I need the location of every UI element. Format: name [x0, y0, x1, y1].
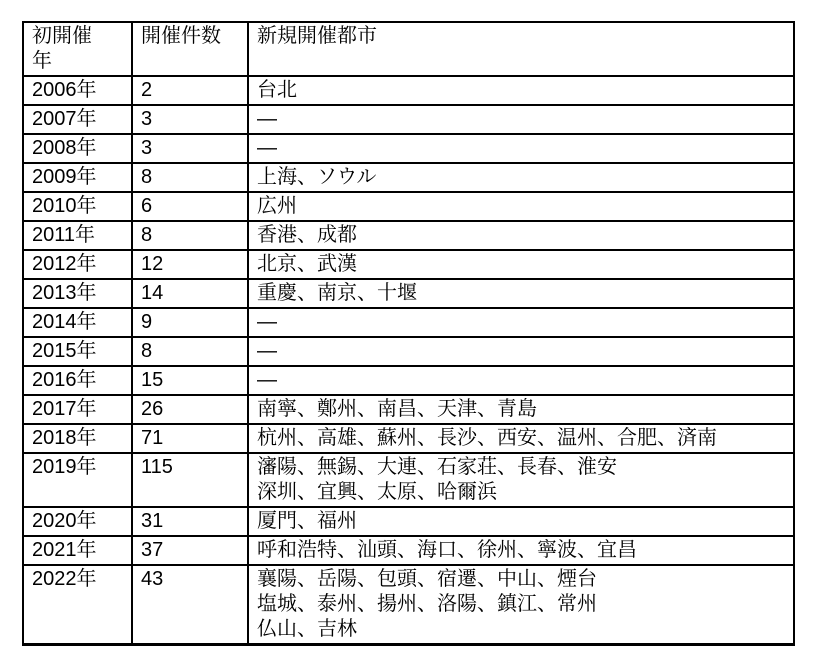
- table-row: 2007年 3 —: [23, 105, 794, 134]
- table-row: 2012年 12 北京、武漢: [23, 250, 794, 279]
- year-cell: 2016年: [23, 366, 132, 395]
- count-cell: 15: [132, 366, 248, 395]
- cities-cell: 呼和浩特、汕頭、海口、徐州、寧波、宜昌: [248, 536, 794, 565]
- count-cell: 8: [132, 337, 248, 366]
- table-row: 2017年 26 南寧、鄭州、南昌、天津、青島: [23, 395, 794, 424]
- cities-cell: 襄陽、岳陽、包頭、宿遷、中山、煙台 塩城、泰州、揚州、洛陽、鎮江、常州 仏山、吉…: [248, 565, 794, 645]
- header-new-cities: 新規開催都市: [248, 22, 794, 76]
- count-cell: 26: [132, 395, 248, 424]
- year-cell: 2017年: [23, 395, 132, 424]
- cities-cell: —: [248, 134, 794, 163]
- count-cell: 9: [132, 308, 248, 337]
- year-cell: 2020年: [23, 507, 132, 536]
- header-event-count: 開催件数: [132, 22, 248, 76]
- count-cell: 8: [132, 221, 248, 250]
- year-cell: 2008年: [23, 134, 132, 163]
- count-cell: 71: [132, 424, 248, 453]
- count-cell: 115: [132, 453, 248, 507]
- year-cell: 2021年: [23, 536, 132, 565]
- cities-cell: 厦門、福州: [248, 507, 794, 536]
- year-cell: 2015年: [23, 337, 132, 366]
- table-row: 2018年 71 杭州、高雄、蘇州、長沙、西安、温州、合肥、済南: [23, 424, 794, 453]
- cities-cell: 台北: [248, 76, 794, 105]
- table-row: 2022年 43 襄陽、岳陽、包頭、宿遷、中山、煙台 塩城、泰州、揚州、洛陽、鎮…: [23, 565, 794, 645]
- count-cell: 3: [132, 134, 248, 163]
- cities-cell: 広州: [248, 192, 794, 221]
- table-row: 2016年 15 —: [23, 366, 794, 395]
- year-cell: 2013年: [23, 279, 132, 308]
- table-row: 2020年 31 厦門、福州: [23, 507, 794, 536]
- table-row: 2009年 8 上海、ソウル: [23, 163, 794, 192]
- table-row: 2013年 14 重慶、南京、十堰: [23, 279, 794, 308]
- cities-cell: 上海、ソウル: [248, 163, 794, 192]
- year-cell: 2022年: [23, 565, 132, 645]
- cities-cell: —: [248, 337, 794, 366]
- year-cell: 2007年: [23, 105, 132, 134]
- cities-cell: —: [248, 366, 794, 395]
- year-cell: 2019年: [23, 453, 132, 507]
- event-history-table: 初開催 年 開催件数 新規開催都市 2006年 2 台北 2007年 3 — 2…: [22, 21, 795, 646]
- year-cell: 2012年: [23, 250, 132, 279]
- cities-cell: —: [248, 308, 794, 337]
- count-cell: 14: [132, 279, 248, 308]
- count-cell: 12: [132, 250, 248, 279]
- year-cell: 2018年: [23, 424, 132, 453]
- year-cell: 2010年: [23, 192, 132, 221]
- table-row: 2019年 115 瀋陽、無錫、大連、石家荘、長春、淮安 深圳、宜興、太原、哈爾…: [23, 453, 794, 507]
- table-row: 2021年 37 呼和浩特、汕頭、海口、徐州、寧波、宜昌: [23, 536, 794, 565]
- table-row: 2015年 8 —: [23, 337, 794, 366]
- header-first-year: 初開催 年: [23, 22, 132, 76]
- count-cell: 8: [132, 163, 248, 192]
- year-cell: 2014年: [23, 308, 132, 337]
- cities-cell: 瀋陽、無錫、大連、石家荘、長春、淮安 深圳、宜興、太原、哈爾浜: [248, 453, 794, 507]
- header-row: 初開催 年 開催件数 新規開催都市: [23, 22, 794, 76]
- year-cell: 2009年: [23, 163, 132, 192]
- count-cell: 43: [132, 565, 248, 645]
- cities-cell: 重慶、南京、十堰: [248, 279, 794, 308]
- year-cell: 2006年: [23, 76, 132, 105]
- table-row: 2006年 2 台北: [23, 76, 794, 105]
- cities-cell: 杭州、高雄、蘇州、長沙、西安、温州、合肥、済南: [248, 424, 794, 453]
- table-row: 2014年 9 —: [23, 308, 794, 337]
- cities-cell: 北京、武漢: [248, 250, 794, 279]
- count-cell: 6: [132, 192, 248, 221]
- cities-cell: 南寧、鄭州、南昌、天津、青島: [248, 395, 794, 424]
- table-row: 2010年 6 広州: [23, 192, 794, 221]
- cities-cell: 香港、成都: [248, 221, 794, 250]
- table-row: 2008年 3 —: [23, 134, 794, 163]
- table-row: 2011年 8 香港、成都: [23, 221, 794, 250]
- count-cell: 37: [132, 536, 248, 565]
- cities-cell: —: [248, 105, 794, 134]
- count-cell: 2: [132, 76, 248, 105]
- count-cell: 3: [132, 105, 248, 134]
- year-cell: 2011年: [23, 221, 132, 250]
- count-cell: 31: [132, 507, 248, 536]
